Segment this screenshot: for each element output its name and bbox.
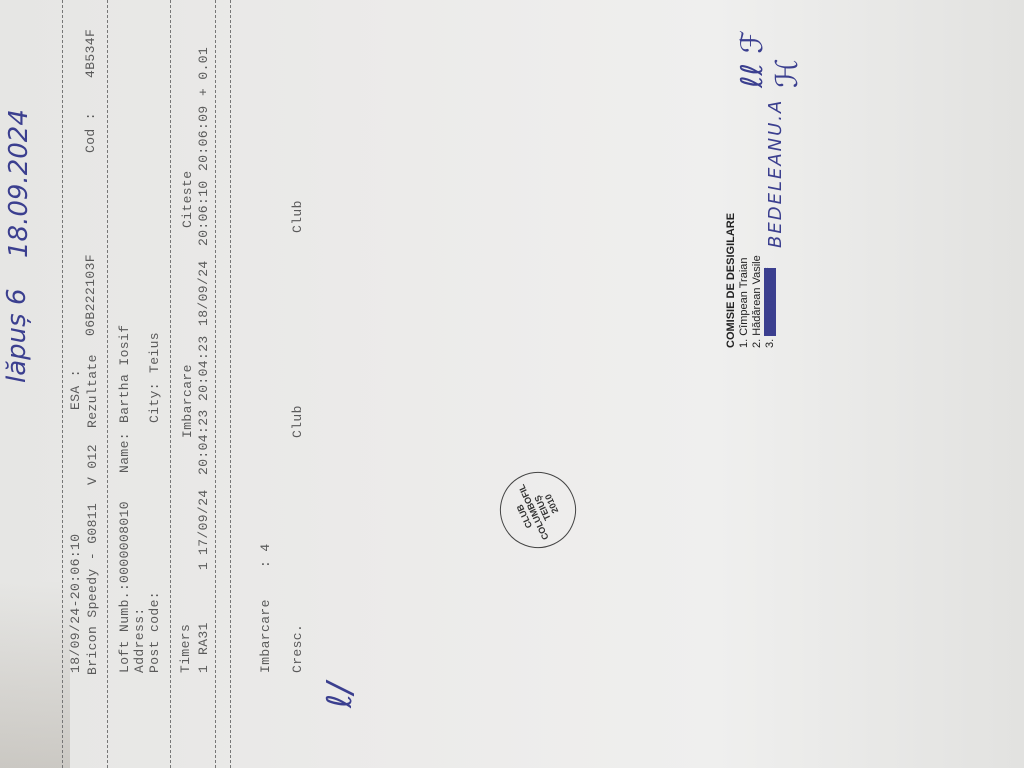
esa-label: ESA : [68, 369, 83, 410]
citeste-time: 20:06:10 [196, 180, 211, 246]
struck-member-name: 3. Bartha Iosif [764, 268, 776, 336]
cod-label: Cod : [83, 112, 98, 153]
print-datetime: 18/09/24-20:06:10 [68, 534, 83, 673]
event-name: Bricon Speedy - G0811 [85, 503, 100, 675]
handwritten-replacement-name: BEDELEANU.A [765, 99, 786, 248]
city: Teius [147, 332, 162, 373]
citeste-time-2: 20:06:09 [196, 105, 211, 171]
cresc-label: Cresc. [290, 624, 305, 673]
timer-index: 1 [196, 665, 211, 673]
divider [62, 0, 63, 768]
handwritten-race-name: lăpuș 6 [2, 289, 32, 384]
imbarcare-date: 17/09/24 [196, 489, 211, 555]
club-label-2: Club [290, 200, 305, 233]
commission-signatures: ℓℓ ℱ ℋ [735, 0, 805, 88]
report-id: 06B222103F [83, 254, 98, 336]
imbarcare-time-2: 20:04:23 [196, 335, 211, 401]
postcode-label: Post code: [147, 591, 162, 673]
citeste-header: Citeste [180, 171, 195, 228]
city-label: City: [147, 382, 162, 423]
version: V 012 [85, 444, 100, 485]
divider [230, 0, 231, 768]
divider [215, 0, 216, 768]
commission-member: 1. Cîmpean Traian [738, 213, 751, 348]
imbarcare-total-label: Imbarcare [258, 599, 273, 673]
timers-label: Timers [178, 624, 193, 673]
club-label-1: Club [290, 405, 305, 438]
loft-number: 0000008010 [117, 501, 132, 583]
club-stamp: CLUB COLUMBOFIL TEIUȘ 2010 [488, 460, 589, 561]
report-type: Rezultate [85, 354, 100, 428]
imbarcare-time: 20:04:23 [196, 409, 211, 475]
divider [107, 0, 108, 768]
handwritten-date: 18.09.2024 [4, 109, 34, 258]
results-printout: lăpuș 6 18.09.2024 18/09/24-20:06:10 ESA… [0, 0, 1024, 768]
commission-title: COMISIE DE DESIGILARE [725, 213, 737, 348]
address-label: Address: [132, 607, 147, 673]
imbarcare-total-value: : 4 [258, 543, 273, 568]
loft-number-label: Loft Numb.: [117, 583, 132, 673]
timer-name: RA31 [196, 622, 211, 655]
commission-member: 2. Hădărean Vasile [751, 213, 764, 348]
cod-value: 4B534F [83, 29, 98, 78]
name-label: Name: [117, 432, 132, 473]
imbarcare-header: Imbarcare [180, 364, 195, 438]
fancier-name: Bartha Iosif [117, 325, 132, 423]
time-difference: + 0.01 [196, 47, 211, 96]
citeste-date: 18/09/24 [196, 260, 211, 326]
signature-mark: ℓ/ [320, 683, 360, 709]
divider [170, 0, 171, 768]
timer-count: 1 [196, 562, 211, 570]
